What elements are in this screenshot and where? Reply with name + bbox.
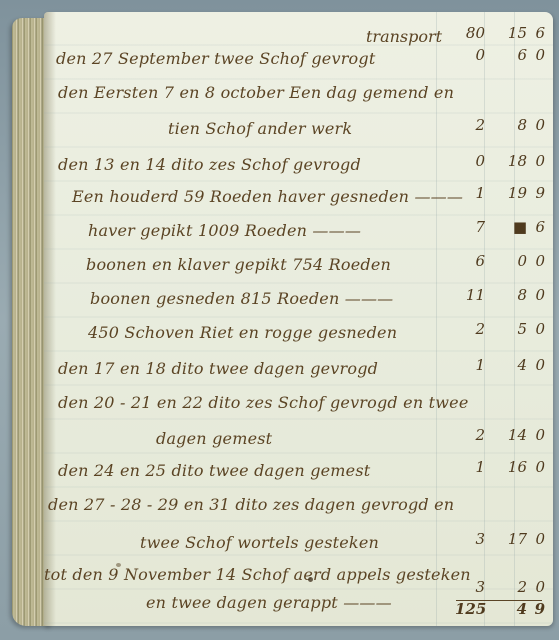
entry-description: den 20 - 21 en 22 dito zes Schof gevrogd… <box>58 393 468 412</box>
amount-guilders: 2 <box>455 320 485 338</box>
ink-spot <box>308 577 313 582</box>
amount-cell: 0 18 0 <box>443 152 553 176</box>
amount-cell: 1 19 9 <box>443 184 553 208</box>
amount-stuivers: 14 <box>497 426 527 444</box>
entry-description: twee Schof wortels gesteken <box>140 533 379 552</box>
amount-penningen: 0 <box>531 530 545 548</box>
entry-description: den 27 - 28 - 29 en 31 dito zes dagen ge… <box>48 495 454 514</box>
amount-guilders: 0 <box>455 46 485 64</box>
entry-description: haver gepikt 1009 Roeden ——— <box>88 221 361 240</box>
amount-stuivers: 17 <box>497 530 527 548</box>
ledger-page: transport 80 15 6 den 27 September twee … <box>44 12 553 626</box>
amount-penningen: 0 <box>531 458 545 476</box>
amount-penningen: 0 <box>531 356 545 374</box>
amount-cell: 6 0 0 <box>443 252 553 276</box>
total-guilders: 125 <box>455 600 485 618</box>
amount-penningen: 9 <box>531 184 545 202</box>
entry-description: den 27 September twee Schof gevrogt <box>56 49 375 68</box>
ledger-row: boonen en klaver gepikt 754 Roeden 6 0 0 <box>44 246 553 276</box>
ledger-row-total: 125 4 9 <box>44 594 553 624</box>
amount-penningen: 0 <box>531 286 545 304</box>
ledger-row: den 20 - 21 en 22 dito zes Schof gevrogd… <box>44 384 553 414</box>
amount-guilders: 0 <box>455 152 485 170</box>
amount-guilders: 1 <box>455 184 485 202</box>
ledger-row: den 27 - 28 - 29 en 31 dito zes dagen ge… <box>44 486 553 516</box>
amount-cell: 2 8 0 <box>443 116 553 140</box>
amount-guilders: 2 <box>455 426 485 444</box>
ledger-row: den 13 en 14 dito zes Schof gevrogd 0 18… <box>44 146 553 176</box>
entry-description: tot den 9 November 14 Schof aerd appels … <box>44 565 471 584</box>
entry-description: boonen gesneden 815 Roeden ——— <box>90 289 393 308</box>
ledger-row: haver gepikt 1009 Roeden ——— 7 ■ 6 <box>44 212 553 242</box>
entry-description: den 13 en 14 dito zes Schof gevrogd <box>58 155 361 174</box>
amount-cell: 2 5 0 <box>443 320 553 344</box>
amount-stuivers: 16 <box>497 458 527 476</box>
amount-stuivers: 8 <box>497 116 527 134</box>
amount-cell: 1 16 0 <box>443 458 553 482</box>
ledger-row: den 24 en 25 dito twee dagen gemest 1 16… <box>44 452 553 482</box>
amount-guilders: 2 <box>455 116 485 134</box>
amount-guilders: 7 <box>455 218 485 236</box>
amount-guilders: 1 <box>455 356 485 374</box>
entry-description: tien Schof ander werk <box>168 119 352 138</box>
ledger-row: 450 Schoven Riet en rogge gesneden 2 5 0 <box>44 314 553 344</box>
amount-guilders: 3 <box>455 530 485 548</box>
entry-description: boonen en klaver gepikt 754 Roeden <box>86 255 391 274</box>
ledger-row: den Eersten 7 en 8 october Een dag gemen… <box>44 74 553 104</box>
amount-stuivers: 5 <box>497 320 527 338</box>
entry-description: Een houderd 59 Roeden haver gesneden ——— <box>72 187 463 206</box>
amount-cell: 3 17 0 <box>443 530 553 554</box>
amount-cell: 11 8 0 <box>443 286 553 310</box>
entry-description: dagen gemest <box>156 429 272 448</box>
amount-stuivers: 4 <box>497 356 527 374</box>
amount-guilders: 11 <box>455 286 485 304</box>
amount-penningen: 0 <box>531 320 545 338</box>
amount-stuivers: 18 <box>497 152 527 170</box>
ink-spot <box>116 563 121 567</box>
amount-cell: 1 4 0 <box>443 356 553 380</box>
amount-penningen: 0 <box>531 46 545 64</box>
amount-stuivers: 19 <box>497 184 527 202</box>
amount-cell: 7 ■ 6 <box>443 218 553 242</box>
total-stuivers: 4 <box>497 600 527 618</box>
entry-description: den 24 en 25 dito twee dagen gemest <box>58 461 370 480</box>
amount-cell: 2 14 0 <box>443 426 553 450</box>
amount-stuivers: 0 <box>497 252 527 270</box>
amount-penningen: 0 <box>531 116 545 134</box>
ledger-row-continuation: dagen gemest 2 14 0 <box>44 420 553 450</box>
amount-stuivers: 6 <box>497 46 527 64</box>
ledger-row: boonen gesneden 815 Roeden ——— 11 8 0 <box>44 280 553 310</box>
amount-guilders: 1 <box>455 458 485 476</box>
amount-penningen: 0 <box>531 426 545 444</box>
amount-penningen: 0 <box>531 252 545 270</box>
ledger-row: den 27 September twee Schof gevrogt 0 6 … <box>44 40 553 70</box>
ledger-row-continuation: twee Schof wortels gesteken 3 17 0 <box>44 524 553 554</box>
ledger-row: den 17 en 18 dito twee dagen gevrogd 1 4… <box>44 350 553 380</box>
entry-description: den Eersten 7 en 8 october Een dag gemen… <box>58 83 454 102</box>
amount-penningen: 6 <box>531 218 545 236</box>
amount-cell: 0 6 0 <box>443 46 553 70</box>
amount-penningen: 0 <box>531 152 545 170</box>
amount-stuivers-ink-blot: ■ <box>497 218 527 236</box>
total-penningen: 9 <box>531 600 545 618</box>
ledger-row-continuation: tien Schof ander werk 2 8 0 <box>44 110 553 140</box>
entry-description: 450 Schoven Riet en rogge gesneden <box>88 323 397 342</box>
entry-description: den 17 en 18 dito twee dagen gevrogd <box>58 359 378 378</box>
total-amount-cell: 125 4 9 <box>443 600 553 624</box>
amount-stuivers: 8 <box>497 286 527 304</box>
ledger-row: Een houderd 59 Roeden haver gesneden ———… <box>44 178 553 208</box>
amount-guilders: 6 <box>455 252 485 270</box>
